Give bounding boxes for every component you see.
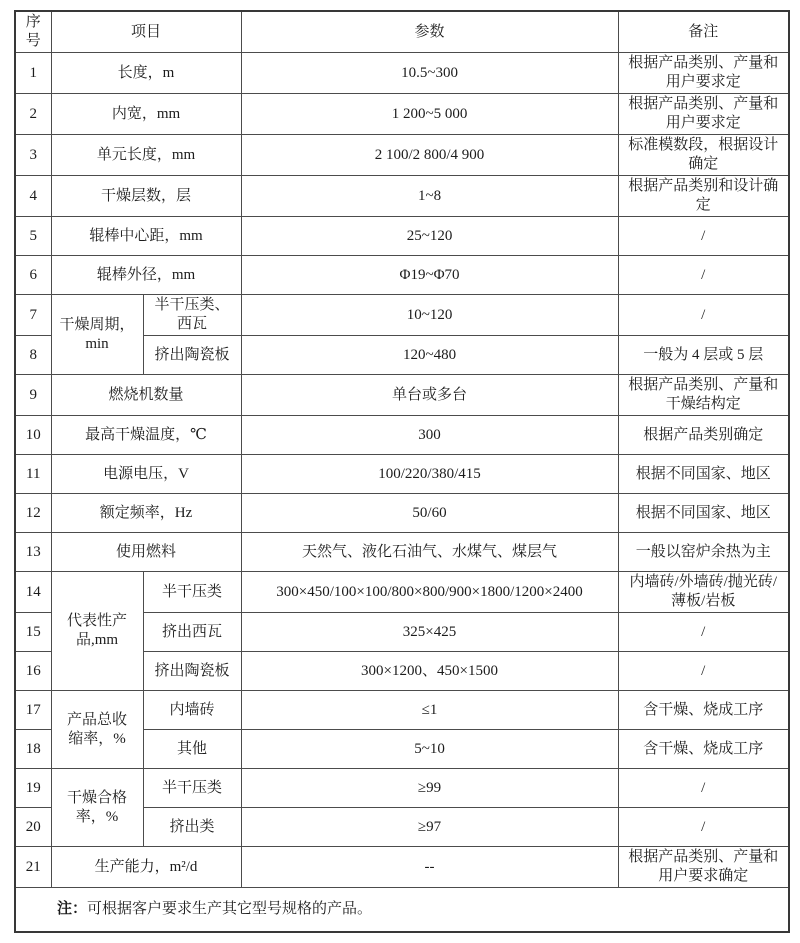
row-no: 5 (15, 217, 51, 256)
row-param: 5~10 (241, 730, 618, 769)
row-note: 含干燥、烧成工序 (618, 691, 789, 730)
row-item: 单元长度，mm (51, 135, 241, 176)
table-row: 6 辊棒外径，mm Φ19~Φ70 / (15, 256, 789, 295)
row-sub-item: 挤出类 (143, 808, 241, 847)
row-no: 15 (15, 613, 51, 652)
row-note: 根据产品类别、产量和用户要求定 (618, 53, 789, 94)
row-no: 12 (15, 494, 51, 533)
footnote-cell: 注：可根据客户要求生产其它型号规格的产品。 (15, 888, 789, 932)
row-note: / (618, 217, 789, 256)
footnote-label: 注： (57, 901, 87, 917)
table-row: 9 燃烧机数量 单台或多台 根据产品类别、产量和干燥结构定 (15, 375, 789, 416)
row-item: 额定频率，Hz (51, 494, 241, 533)
table-row: 14 代表性产 品,mm 半干压类 300×450/100×100/800×80… (15, 572, 789, 613)
row-note: / (618, 652, 789, 691)
row-note: 根据产品类别、产量和用户要求确定 (618, 847, 789, 888)
row-param: 1~8 (241, 176, 618, 217)
row-param: 325×425 (241, 613, 618, 652)
row-param: 1 200~5 000 (241, 94, 618, 135)
row-item-group: 代表性产 品,mm (51, 572, 143, 691)
row-item-group: 干燥合格 率，% (51, 769, 143, 847)
row-no: 16 (15, 652, 51, 691)
row-item: 辊棒中心距，mm (51, 217, 241, 256)
table-row: 11 电源电压，V 100/220/380/415 根据不同国家、地区 (15, 455, 789, 494)
row-sub-item: 挤出西瓦 (143, 613, 241, 652)
row-sub-item: 半干压类 (143, 572, 241, 613)
row-no: 8 (15, 336, 51, 375)
row-note: / (618, 613, 789, 652)
row-param: 100/220/380/415 (241, 455, 618, 494)
row-param: ≥99 (241, 769, 618, 808)
row-note: 内墙砖/外墙砖/抛光砖/薄板/岩板 (618, 572, 789, 613)
row-sub-item: 挤出陶瓷板 (143, 652, 241, 691)
row-item: 干燥层数，层 (51, 176, 241, 217)
row-param: 10~120 (241, 295, 618, 336)
row-no: 21 (15, 847, 51, 888)
row-item: 内宽，mm (51, 94, 241, 135)
row-note: 根据产品类别、产量和用户要求定 (618, 94, 789, 135)
row-param: 50/60 (241, 494, 618, 533)
row-item: 辊棒外径，mm (51, 256, 241, 295)
row-sub-item: 其他 (143, 730, 241, 769)
row-no: 11 (15, 455, 51, 494)
row-no: 9 (15, 375, 51, 416)
table-header-row: 序 号 项目 参数 备注 (15, 11, 789, 53)
header-note: 备注 (618, 11, 789, 53)
row-no: 14 (15, 572, 51, 613)
row-note: 根据不同国家、地区 (618, 455, 789, 494)
header-item: 项目 (51, 11, 241, 53)
row-note: 一般为 4 层或 5 层 (618, 336, 789, 375)
footnote-row: 注：可根据客户要求生产其它型号规格的产品。 (15, 888, 789, 932)
row-item: 使用燃料 (51, 533, 241, 572)
row-param: -- (241, 847, 618, 888)
row-item: 燃烧机数量 (51, 375, 241, 416)
footnote-text: 可根据客户要求生产其它型号规格的产品。 (87, 901, 372, 917)
row-no: 19 (15, 769, 51, 808)
row-param: 300 (241, 416, 618, 455)
row-note: 一般以窑炉余热为主 (618, 533, 789, 572)
table-row: 4 干燥层数，层 1~8 根据产品类别和设计确定 (15, 176, 789, 217)
header-param: 参数 (241, 11, 618, 53)
row-no: 6 (15, 256, 51, 295)
row-item-group: 产品总收 缩率，% (51, 691, 143, 769)
row-item: 最高干燥温度，℃ (51, 416, 241, 455)
row-param: ≥97 (241, 808, 618, 847)
header-no: 序 号 (15, 11, 51, 53)
document-page: 序 号 项目 参数 备注 1 长度，m 10.5~300 根据产品类别、产量和用… (0, 10, 800, 943)
row-note: 根据产品类别确定 (618, 416, 789, 455)
row-no: 17 (15, 691, 51, 730)
table-row: 7 干燥周期， min 半干压类、 西瓦 10~120 / (15, 295, 789, 336)
row-param: 300×450/100×100/800×800/900×1800/1200×24… (241, 572, 618, 613)
row-item: 电源电压，V (51, 455, 241, 494)
table-row: 17 产品总收 缩率，% 内墙砖 ≤1 含干燥、烧成工序 (15, 691, 789, 730)
row-item: 长度，m (51, 53, 241, 94)
spec-table: 序 号 项目 参数 备注 1 长度，m 10.5~300 根据产品类别、产量和用… (14, 10, 790, 933)
row-param: 天然气、液化石油气、水煤气、煤层气 (241, 533, 618, 572)
row-param: 单台或多台 (241, 375, 618, 416)
row-note: 含干燥、烧成工序 (618, 730, 789, 769)
row-note: 根据产品类别和设计确定 (618, 176, 789, 217)
table-row: 3 单元长度，mm 2 100/2 800/4 900 标准模数段，根据设计确定 (15, 135, 789, 176)
table-row: 2 内宽，mm 1 200~5 000 根据产品类别、产量和用户要求定 (15, 94, 789, 135)
table-row: 12 额定频率，Hz 50/60 根据不同国家、地区 (15, 494, 789, 533)
table-row: 19 干燥合格 率，% 半干压类 ≥99 / (15, 769, 789, 808)
row-no: 18 (15, 730, 51, 769)
table-row: 10 最高干燥温度，℃ 300 根据产品类别确定 (15, 416, 789, 455)
row-item-group: 干燥周期， min (51, 295, 143, 375)
row-note: / (618, 256, 789, 295)
table-row: 13 使用燃料 天然气、液化石油气、水煤气、煤层气 一般以窑炉余热为主 (15, 533, 789, 572)
row-param: ≤1 (241, 691, 618, 730)
row-note: 根据产品类别、产量和干燥结构定 (618, 375, 789, 416)
row-no: 1 (15, 53, 51, 94)
row-note: / (618, 295, 789, 336)
row-no: 4 (15, 176, 51, 217)
row-sub-item: 半干压类、 西瓦 (143, 295, 241, 336)
row-param: 120~480 (241, 336, 618, 375)
row-note: 根据不同国家、地区 (618, 494, 789, 533)
row-sub-item: 挤出陶瓷板 (143, 336, 241, 375)
row-param: 2 100/2 800/4 900 (241, 135, 618, 176)
table-row: 1 长度，m 10.5~300 根据产品类别、产量和用户要求定 (15, 53, 789, 94)
table-row: 5 辊棒中心距，mm 25~120 / (15, 217, 789, 256)
row-no: 20 (15, 808, 51, 847)
row-param: 300×1200、450×1500 (241, 652, 618, 691)
row-param: Φ19~Φ70 (241, 256, 618, 295)
row-no: 13 (15, 533, 51, 572)
table-row: 21 生产能力，m²/d -- 根据产品类别、产量和用户要求确定 (15, 847, 789, 888)
row-no: 7 (15, 295, 51, 336)
row-note: 标准模数段，根据设计确定 (618, 135, 789, 176)
row-sub-item: 半干压类 (143, 769, 241, 808)
row-note: / (618, 808, 789, 847)
row-no: 3 (15, 135, 51, 176)
row-no: 2 (15, 94, 51, 135)
row-param: 25~120 (241, 217, 618, 256)
row-note: / (618, 769, 789, 808)
row-item: 生产能力，m²/d (51, 847, 241, 888)
row-sub-item: 内墙砖 (143, 691, 241, 730)
row-no: 10 (15, 416, 51, 455)
row-param: 10.5~300 (241, 53, 618, 94)
